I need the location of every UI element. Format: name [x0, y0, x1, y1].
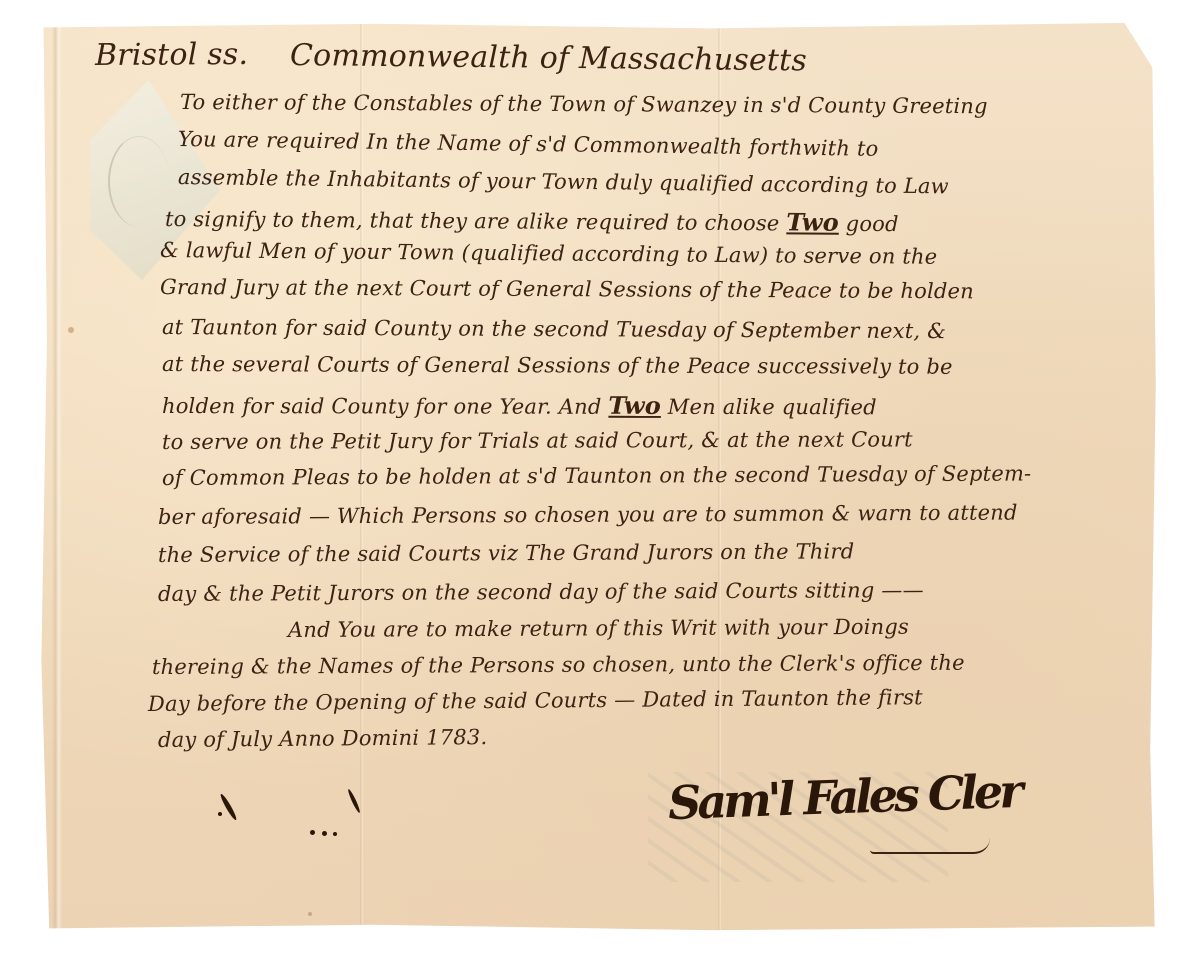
juror-count-emphasis: Two [608, 391, 661, 420]
writ-line-9: holden for said County for one Year. And… [162, 390, 877, 420]
writ-line-12: ber aforesaid — Which Persons so chosen … [158, 500, 1018, 529]
juror-count-emphasis: Two [786, 207, 839, 236]
ink-dot [218, 812, 222, 816]
foxing-spot [308, 912, 312, 916]
writ-line-11: of Common Pleas to be holden at s'd Taun… [162, 461, 1031, 490]
seal-emboss [108, 136, 170, 227]
ink-dot [310, 830, 315, 835]
deckle-edge [52, 22, 62, 932]
county-caption: Bristol ss. [95, 37, 248, 73]
foxing-spot [1158, 77, 1162, 81]
writ-line-13: the Service of the said Courts viz The G… [158, 539, 854, 567]
writ-line-15: And You are to make return of this Writ … [288, 615, 909, 642]
writ-line-10: to serve on the Petit Jury for Trials at… [162, 427, 913, 454]
line-text: to signify to them, that they are alike … [165, 207, 787, 235]
ink-dot [333, 832, 337, 836]
writ-line-1: To either of the Constables of the Town … [180, 90, 988, 118]
writ-line-16: thereing & the Names of the Persons so c… [152, 651, 965, 679]
line-text: Men alike qualified [661, 395, 877, 419]
writ-line-14: day & the Petit Jurors on the second day… [158, 578, 924, 606]
signature-flourish [870, 838, 990, 854]
document-heading: Commonwealth of Massachusetts [290, 38, 807, 78]
ink-dot [322, 831, 327, 836]
line-text: holden for said County for one Year. And [162, 394, 608, 419]
writ-line-8: at the several Courts of General Session… [162, 352, 953, 379]
writ-line-18: day of July Anno Domini 1783. [158, 725, 487, 752]
writ-line-6: Grand Jury at the next Court of General … [160, 275, 974, 303]
writ-line-4: to signify to them, that they are alike … [165, 203, 899, 237]
line-text: good [839, 212, 899, 236]
foxing-spot [68, 327, 74, 333]
writ-line-7: at Taunton for said County on the second… [162, 315, 946, 343]
